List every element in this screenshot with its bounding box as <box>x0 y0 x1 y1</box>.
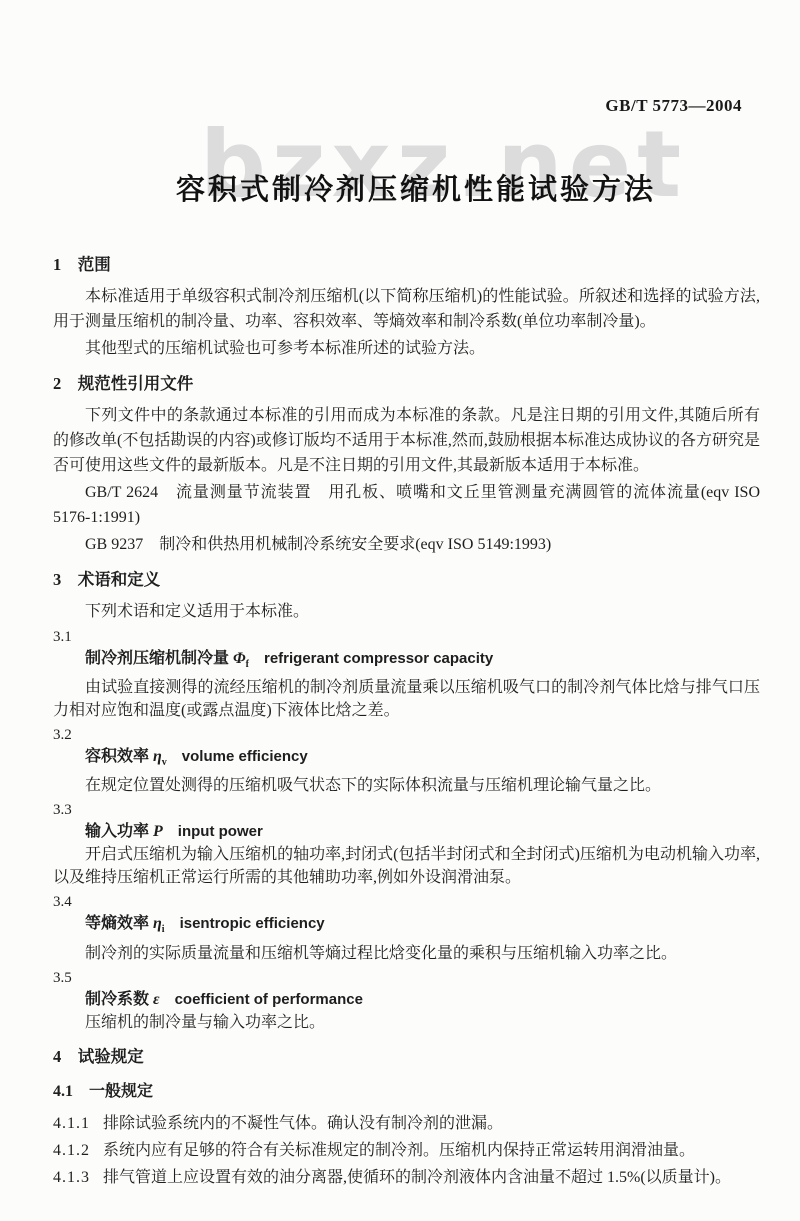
term-title-en: isentropic efficiency <box>165 915 325 932</box>
section-heading: 2 规范性引用文件 <box>53 371 760 396</box>
term-definition: 在规定位置处测得的压缩机吸气状态下的实际体积流量与压缩机理论输气量之比。 <box>53 774 760 797</box>
term-title-zh: 等熵效率 <box>85 915 149 932</box>
section-heading: 4 试验规定 <box>53 1044 760 1069</box>
term-symbol: ηv <box>149 748 167 765</box>
clause: 4.1.1排除试验系统内的不凝性气体。确认没有制冷剂的泄漏。 <box>53 1111 760 1136</box>
term-number: 3.3 <box>53 799 760 821</box>
term-title-zh: 制冷系数 <box>85 991 149 1008</box>
term-number: 3.4 <box>53 891 760 913</box>
section-heading: 3 术语和定义 <box>53 567 760 592</box>
term-symbol: ηi <box>149 915 165 932</box>
clause-number: 4.1.3 <box>53 1169 90 1186</box>
paragraph: 本标准适用于单级容积式制冷剂压缩机(以下简称压缩机)的性能试验。所叙述和选择的试… <box>53 284 760 334</box>
clause-number: 4.1.2 <box>53 1142 90 1159</box>
subsection-heading: 4.1 一般规定 <box>53 1079 760 1104</box>
term-number: 3.5 <box>53 967 760 989</box>
clause: 4.1.3排气管道上应设置有效的油分离器,使循环的制冷剂液体内含油量不超过 1.… <box>53 1165 760 1190</box>
term-title-zh: 输入功率 <box>85 823 149 840</box>
term-title-en: coefficient of performance <box>160 991 363 1008</box>
term-title: 输入功率 P input power <box>53 821 760 843</box>
title-block: bzxz.net 容积式制冷剂压缩机性能试验方法 <box>0 117 800 242</box>
term-title: 等熵效率 ηi isentropic efficiency <box>53 913 760 941</box>
term-definition: 压缩机的制冷量与输入功率之比。 <box>53 1011 760 1034</box>
clause: 4.1.2系统内应有足够的符合有关标准规定的制冷剂。压缩机内保持正常运转用润滑油… <box>53 1138 760 1163</box>
paragraph: 下列文件中的条款通过本标准的引用而成为本标准的条款。凡是注日期的引用文件,其随后… <box>53 403 760 478</box>
term-symbol: P <box>149 823 163 840</box>
term-number: 3.1 <box>53 626 760 648</box>
term-title: 容积效率 ηv volume efficiency <box>53 746 760 774</box>
page: { "page": { "standard_number": "GB/T 577… <box>0 0 800 1221</box>
clause-number: 4.1.1 <box>53 1115 90 1132</box>
term-number: 3.2 <box>53 724 760 746</box>
term-title: 制冷剂压缩机制冷量 Φf refrigerant compressor capa… <box>53 648 760 676</box>
document-title: 容积式制冷剂压缩机性能试验方法 <box>16 167 800 208</box>
clause-text: 排除试验系统内的不凝性气体。确认没有制冷剂的泄漏。 <box>103 1115 503 1132</box>
clause-text: 系统内应有足够的符合有关标准规定的制冷剂。压缩机内保持正常运转用润滑油量。 <box>103 1142 695 1159</box>
section-heading: 1 范围 <box>53 252 760 277</box>
term-title-en: refrigerant compressor capacity <box>249 650 493 667</box>
term-symbol: ε <box>149 991 160 1008</box>
clause-text: 排气管道上应设置有效的油分离器,使循环的制冷剂液体内含油量不超过 1.5%(以质… <box>103 1169 731 1186</box>
paragraph: GB/T 2624 流量测量节流装置 用孔板、喷嘴和文丘里管测量充满圆管的流体流… <box>53 480 760 530</box>
term-title-zh: 容积效率 <box>85 748 149 765</box>
paragraph: GB 9237 制冷和供热用机械制冷系统安全要求(eqv ISO 5149:19… <box>53 532 760 557</box>
term-title-zh: 制冷剂压缩机制冷量 <box>85 650 229 667</box>
term-title: 制冷系数 ε coefficient of performance <box>53 989 760 1011</box>
document-content: 1 范围本标准适用于单级容积式制冷剂压缩机(以下简称压缩机)的性能试验。所叙述和… <box>53 242 760 1192</box>
term-definition: 制冷剂的实际质量流量和压缩机等熵过程比焓变化量的乘积与压缩机输入功率之比。 <box>53 942 760 965</box>
term-title-en: volume efficiency <box>167 748 308 765</box>
paragraph: 下列术语和定义适用于本标准。 <box>53 599 760 624</box>
term-definition: 由试验直接测得的流经压缩机的制冷剂质量流量乘以压缩机吸气口的制冷剂气体比焓与排气… <box>53 676 760 722</box>
term-definition: 开启式压缩机为输入压缩机的轴功率,封闭式(包括半封闭式和全封闭式)压缩机为电动机… <box>53 843 760 889</box>
term-title-en: input power <box>163 823 263 840</box>
paragraph: 其他型式的压缩机试验也可参考本标准所述的试验方法。 <box>53 336 760 361</box>
term-symbol: Φf <box>229 650 249 667</box>
